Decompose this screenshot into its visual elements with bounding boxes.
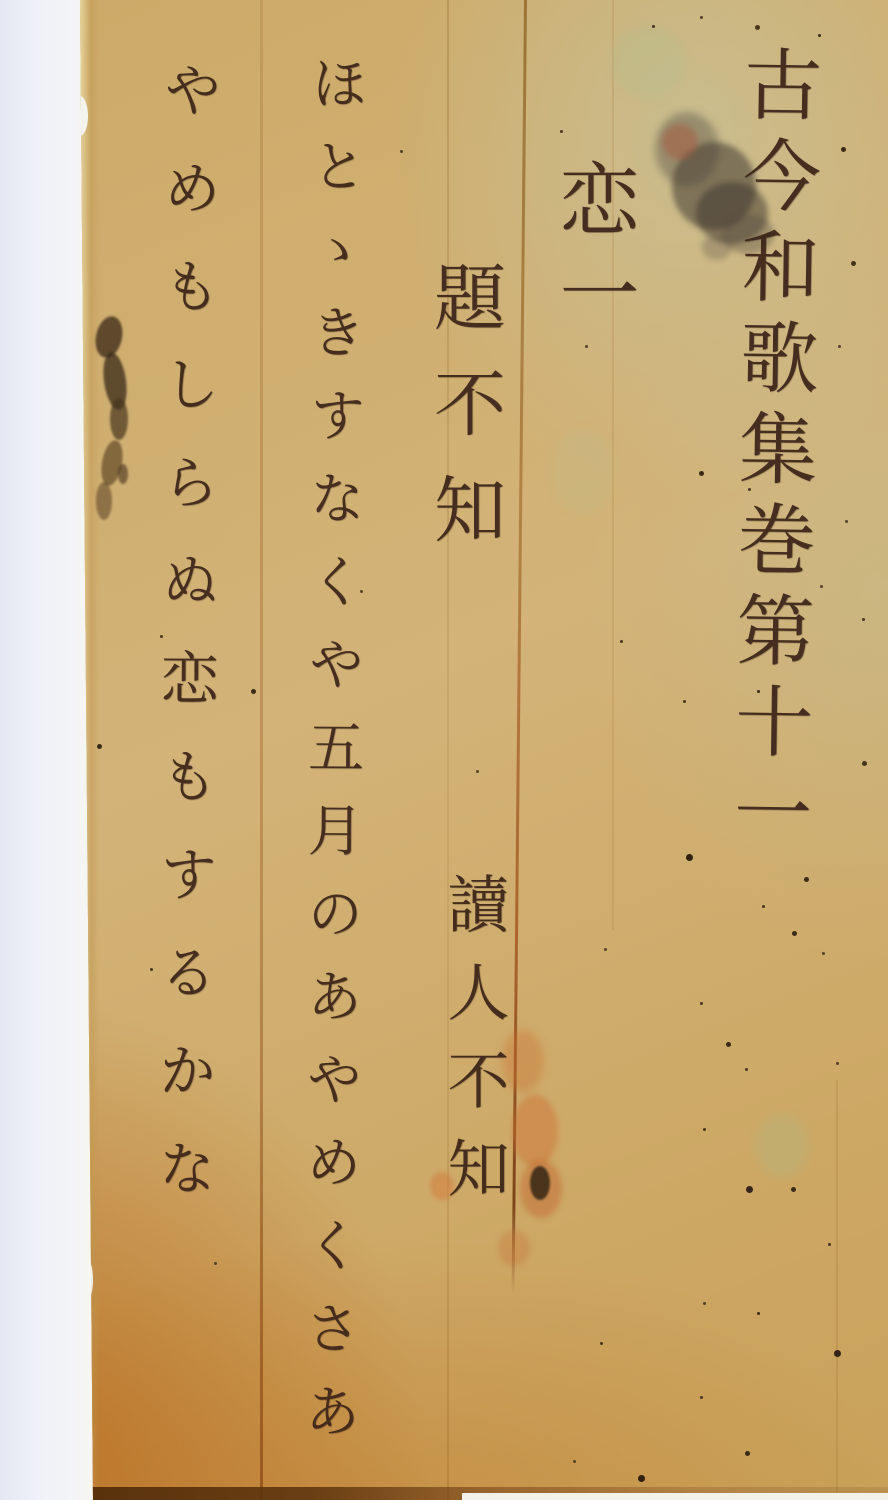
edge-ink-blotch	[110, 398, 128, 440]
edge-ink-blotch	[96, 482, 112, 520]
paper-discoloration	[552, 430, 614, 514]
author-label: 讀人不知	[442, 872, 504, 1224]
red-stain	[662, 124, 698, 160]
fold-line	[836, 1080, 838, 1500]
orange-stain	[498, 1230, 530, 1266]
topic-label: 題不知	[428, 260, 500, 578]
paper-discoloration	[612, 26, 684, 98]
scan-margin	[0, 0, 96, 1500]
section-heading: 恋一	[552, 158, 632, 346]
edge-ink-blotch	[118, 464, 128, 484]
manuscript-photo: 古今和歌集巻第十一 恋一 題不知 讀人不知 ほとゝきすなくや五月のあやめくさあ …	[0, 0, 888, 1500]
paper-discoloration	[756, 1115, 808, 1177]
fold-line	[260, 0, 263, 1500]
ink-smudge	[702, 234, 732, 260]
scan-margin-bottom	[462, 1493, 888, 1500]
title-column: 古今和歌集巻第十一	[726, 43, 815, 863]
poem-column-1: ほとゝきすなくや五月のあやめくさあ	[299, 54, 362, 1465]
orange-stain	[512, 1095, 558, 1167]
paper-sheet: 古今和歌集巻第十一 恋一 題不知 讀人不知 ほとゝきすなくや五月のあやめくさあ …	[0, 0, 888, 1500]
poem-column-2: やめもしらぬ恋もするかな	[153, 60, 217, 1236]
dark-blot	[530, 1166, 550, 1200]
fold-line	[447, 0, 449, 1500]
